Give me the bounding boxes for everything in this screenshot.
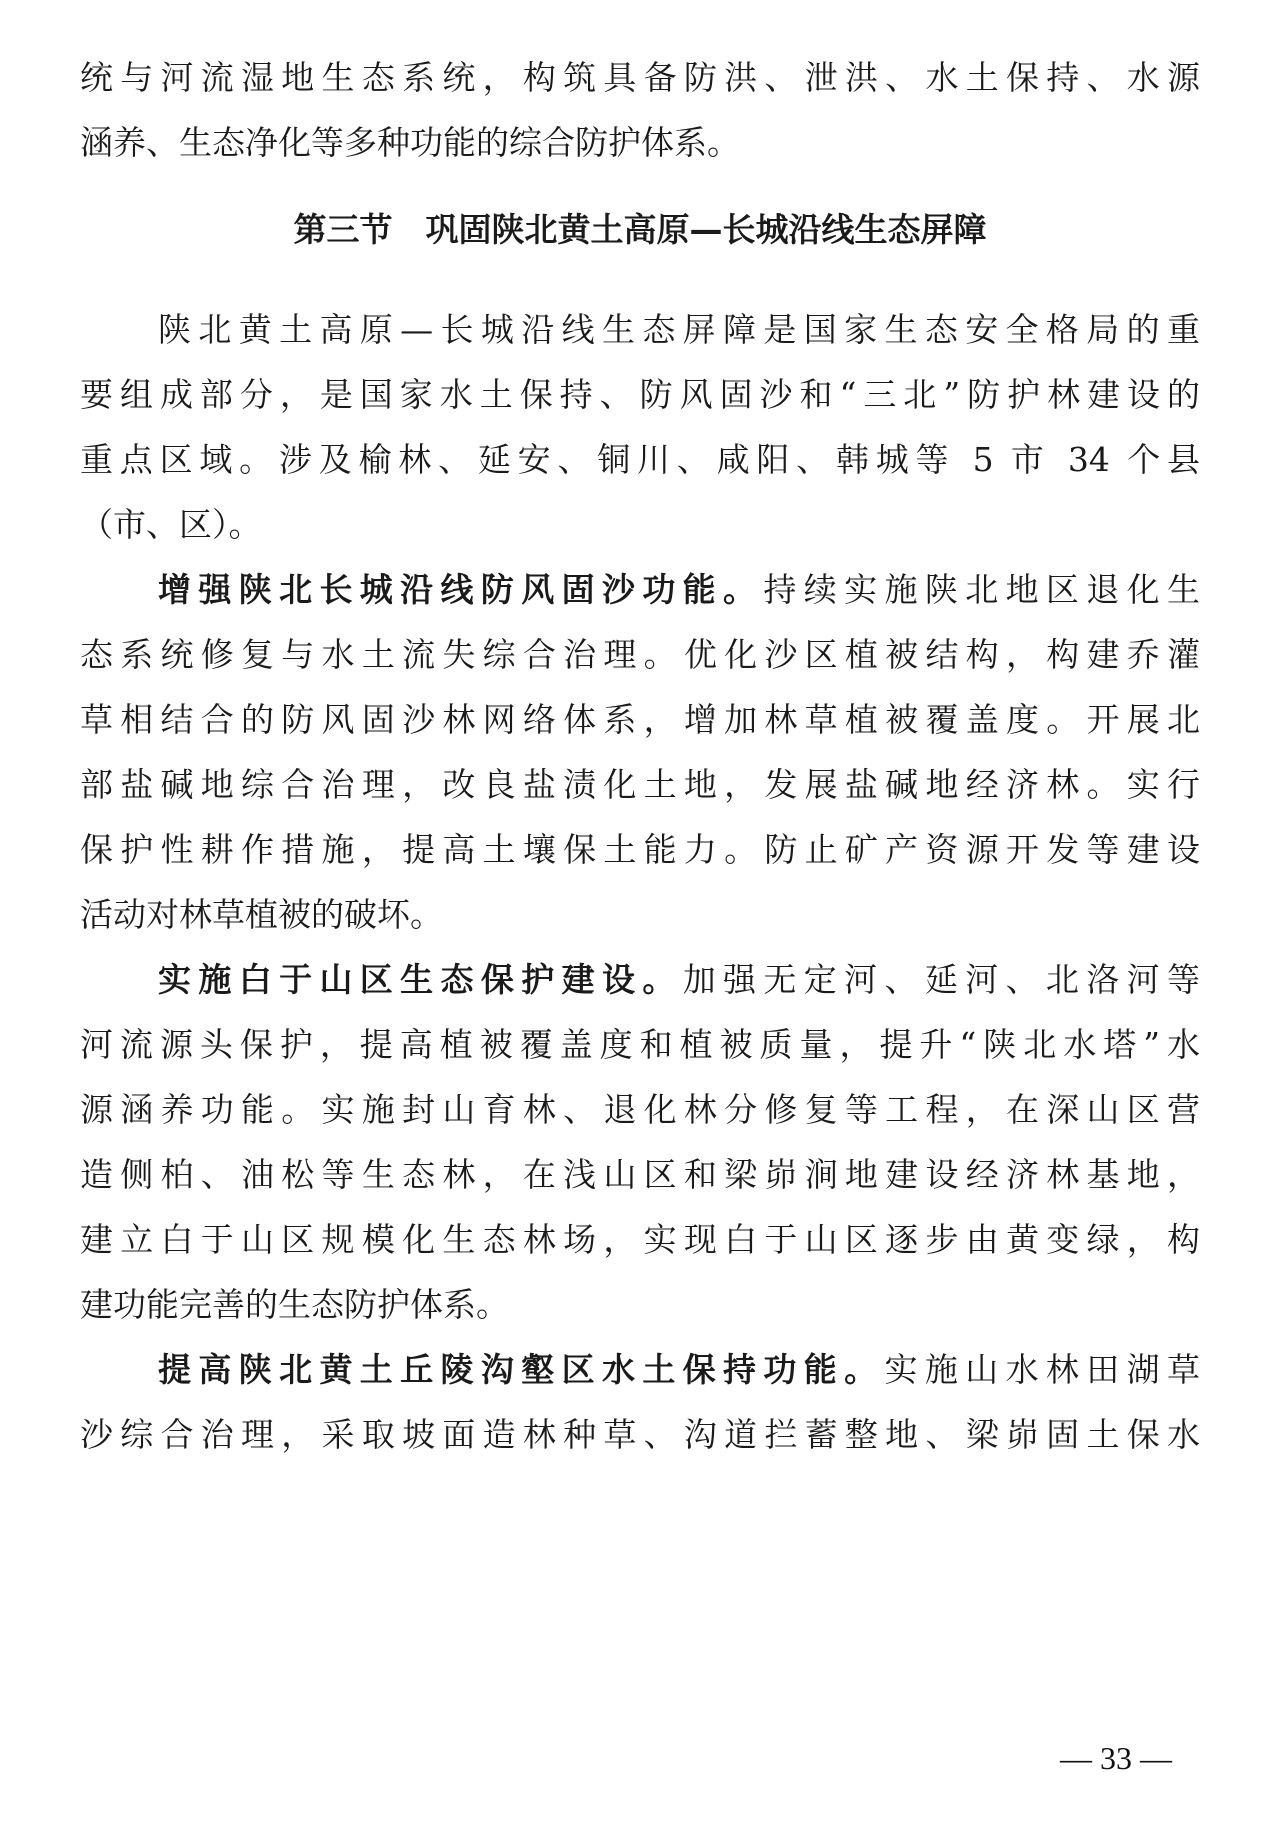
paragraph-first-line: 增强陕北长城沿线防风固沙功能。持续实施陕北地区退化生 bbox=[80, 570, 1200, 610]
body-text-line: 重点区域。涉及榆林、延安、铜川、咸阳、韩城等 5 市 34 个县 bbox=[80, 440, 1200, 480]
body-text-line: 态系统修复与水土流失综合治理。优化沙区植被结构，构建乔灌 bbox=[80, 635, 1200, 675]
body-text-line: 活动对林草植被的破坏。 bbox=[80, 895, 1200, 935]
body-text-line: 河流源头保护，提高植被覆盖度和植被质量，提升“陕北水塔”水 bbox=[80, 1025, 1200, 1065]
page-number: — 33 — bbox=[1060, 1738, 1172, 1778]
body-text-line: 草相结合的防风固沙林网络体系，增加林草植被覆盖度。开展北 bbox=[80, 700, 1200, 740]
body-text-line: 要组成部分，是国家水土保持、防风固沙和“三北”防护林建设的 bbox=[80, 375, 1200, 415]
paragraph-bold-lead: 提高陕北黄土丘陵沟壑区水土保持功能。 bbox=[158, 1350, 884, 1389]
body-text-line: 沙综合治理，采取坡面造林种草、沟道拦蓄整地、梁峁固土保水 bbox=[80, 1415, 1200, 1455]
section-heading: 第三节 巩固陕北黄土高原—长城沿线生态屏障 bbox=[80, 210, 1200, 250]
paragraph-text: 持续实施陕北地区退化生 bbox=[763, 570, 1200, 609]
body-text-line: 源涵养功能。实施封山育林、退化林分修复等工程，在深山区营 bbox=[80, 1090, 1200, 1130]
body-text-line: 建立白于山区规模化生态林场，实现白于山区逐步由黄变绿，构 bbox=[80, 1220, 1200, 1260]
paragraph-first-line: 实施白于山区生态保护建设。加强无定河、延河、北洛河等 bbox=[80, 960, 1200, 1000]
paragraph-text: 加强无定河、延河、北洛河等 bbox=[683, 960, 1200, 999]
body-text-line: 陕北黄土高原—长城沿线生态屏障是国家生态安全格局的重 bbox=[80, 310, 1200, 350]
paragraph-bold-lead: 实施白于山区生态保护建设。 bbox=[158, 960, 683, 999]
paragraph-first-line: 提高陕北黄土丘陵沟壑区水土保持功能。实施山水林田湖草 bbox=[80, 1350, 1200, 1390]
body-text-line: 造侧柏、油松等生态林，在浅山区和梁峁涧地建设经济林基地， bbox=[80, 1155, 1200, 1195]
body-text-line: 建功能完善的生态防护体系。 bbox=[80, 1285, 1200, 1325]
body-text-line: 部盐碱地综合治理，改良盐渍化土地，发展盐碱地经济林。实行 bbox=[80, 765, 1200, 805]
body-text-line: 涵养、生态净化等多种功能的综合防护体系。 bbox=[80, 123, 1200, 163]
body-text-line: （市、区）。 bbox=[80, 505, 1200, 545]
paragraph-text: 实施山水林田湖草 bbox=[884, 1350, 1200, 1389]
paragraph-bold-lead: 增强陕北长城沿线防风固沙功能。 bbox=[158, 570, 763, 609]
body-text-line: 统与河流湿地生态系统，构筑具备防洪、泄洪、水土保持、水源 bbox=[80, 58, 1200, 98]
body-text-line: 保护性耕作措施，提高土壤保土能力。防止矿产资源开发等建设 bbox=[80, 830, 1200, 870]
